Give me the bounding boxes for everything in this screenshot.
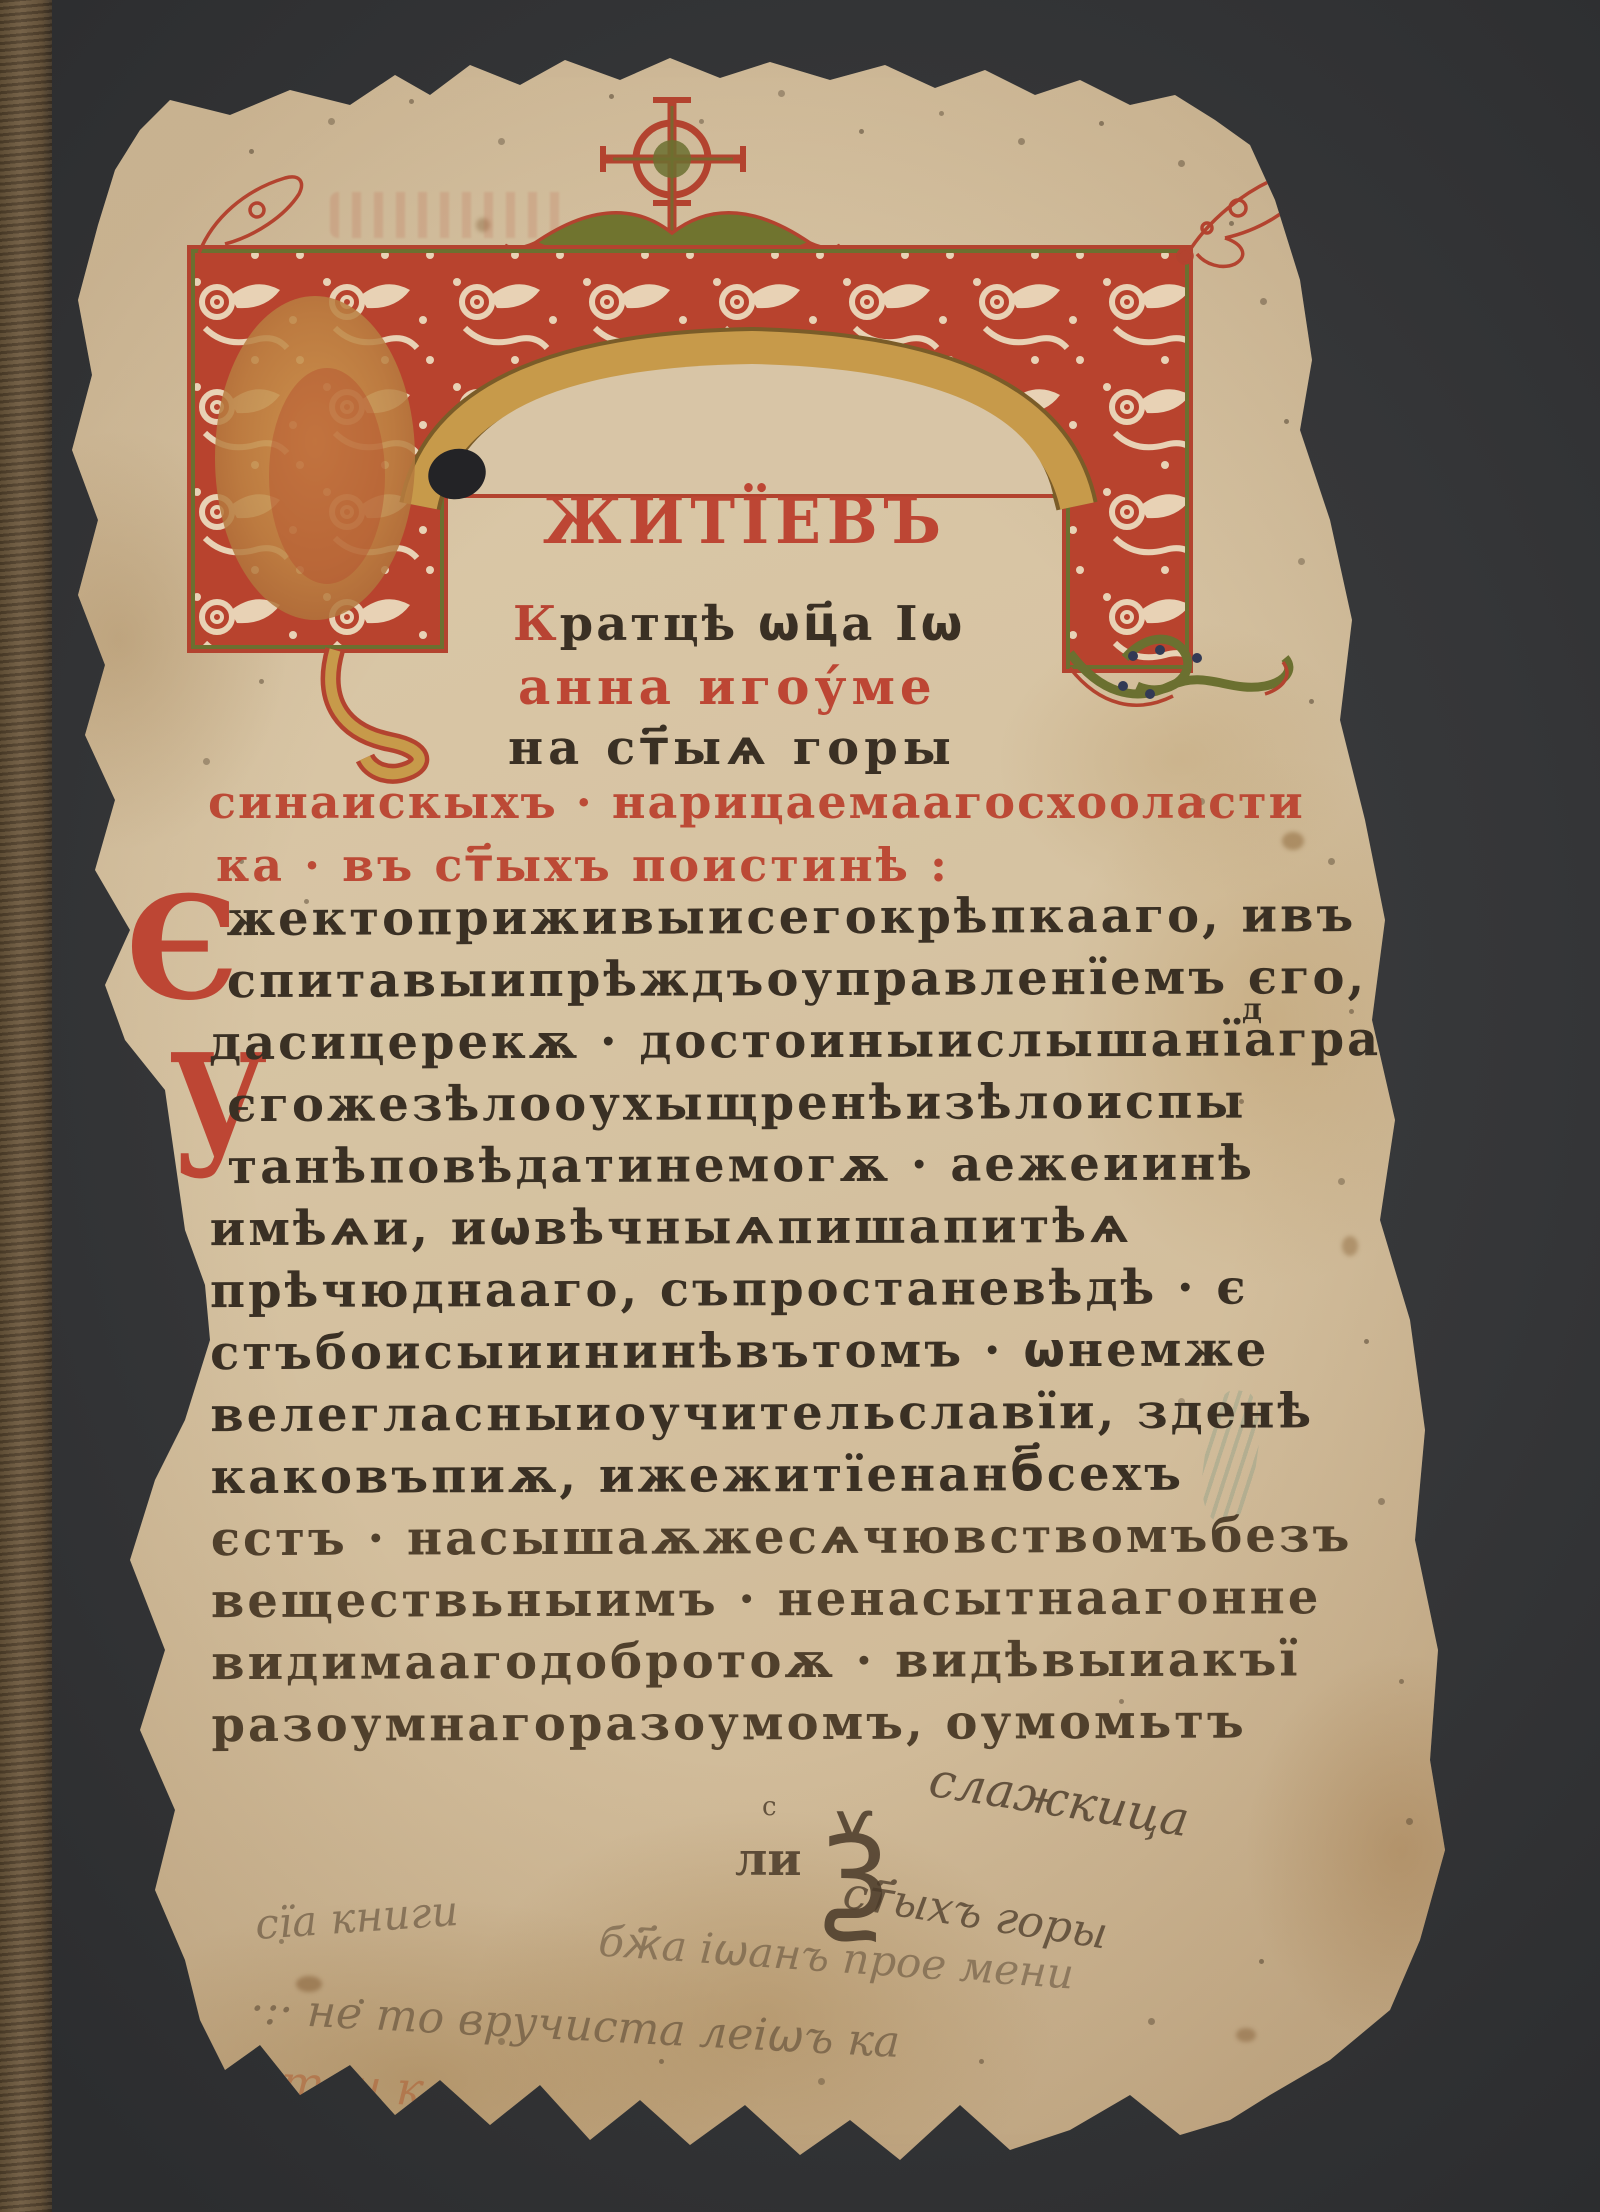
marginal-note-knigi: сїа книги [254, 1886, 460, 1949]
title-line-4: на ст҃ыѧ горы [508, 720, 956, 776]
title-main: ЖИТЇЕВЪ [543, 485, 947, 559]
parchment-page: ЖИТЇЕВЪ Кратцѣ ѡц҃а Іѡ анна игоу́ме на с… [0, 0, 1600, 2212]
body-line: имѣѧи, иѡвѣчныѧпишапитѣѧ [210, 1194, 1453, 1260]
title-line-3: анна игоу́ме [518, 657, 937, 716]
rubric-line-2: ка · въ ст҃ыхъ поистинѣ : [216, 838, 950, 892]
marginal-note-lis-superscript: с [762, 1792, 777, 1822]
body-line: спитавыипрѣждъоуправленїемъ єго, [209, 946, 1452, 1012]
body-line: прѣчюднааго, съпростаневѣдѣ · є [210, 1256, 1453, 1322]
body-line: єстъ · насышаѫжесѧчювствомъбезъ [211, 1504, 1454, 1570]
rubricated-initial: К [513, 596, 560, 652]
stain-spot [1282, 832, 1304, 850]
title-line-2: Кратцѣ ѡц҃а Іѡ [513, 596, 965, 652]
marginal-note-lis: ли [735, 1832, 802, 1886]
marginal-note-sladsha: слажкица [925, 1752, 1193, 1848]
marginal-note-red: стои к [254, 2054, 425, 2117]
body-text-block: жектоприживыисегокрѣпкааго, ивъ спитавыи… [208, 884, 1454, 1756]
title-line-2-text: ратцѣ ѡц҃а Іѡ [560, 596, 966, 652]
manuscript-photo: ЖИТЇЕВЪ Кратцѣ ѡц҃а Іѡ анна игоу́ме на с… [0, 0, 1600, 2212]
ink-smudge [1386, 954, 1439, 1107]
body-line: стъбоисыиининѣвътомъ · ѡнемже [210, 1318, 1453, 1384]
body-line: велегласныиоучительславїи, зденѣ [210, 1380, 1453, 1446]
book-binding-edge [0, 0, 52, 2212]
body-line: разоумнагоразоумомъ, оумомьтъ [211, 1690, 1454, 1756]
body-line: танѣповѣдатинемогѫ · аежеиинѣ [209, 1132, 1452, 1198]
body-line: дасицерекѫ · достоиныислышанїаградь [209, 1008, 1452, 1074]
body-line: веществьныимъ · ненасытнаагонне [211, 1566, 1454, 1632]
body-line: видимаагодобротоѫ · видѣвыиакъї [211, 1628, 1454, 1694]
body-line: жектоприживыисегокрѣпкааго, ивъ [208, 884, 1451, 950]
cross-finial-icon [505, 100, 840, 260]
body-line: каковъпиѫ, ижежитїенанб҃сехъ [210, 1442, 1453, 1508]
body-line: єгожезѣлооухыщренѣизѣлоиспы [209, 1070, 1452, 1136]
gold-initial-mottle [269, 368, 385, 584]
marginal-cipher-mark: Ѯ [818, 1822, 891, 1937]
marginal-note-bottom: ·:· не то вручиста леіѡъ ка [249, 1983, 901, 2068]
leaf-finial-right [1178, 171, 1307, 266]
rubric-line-1: синаискыхъ · нарицаемаагосхооласти [208, 775, 1305, 829]
stain-spot [1236, 2028, 1256, 2042]
leaf-finial-left [199, 177, 301, 253]
initial-tail-flourish [331, 650, 420, 774]
interlinear-catchword: д [1242, 992, 1262, 1027]
